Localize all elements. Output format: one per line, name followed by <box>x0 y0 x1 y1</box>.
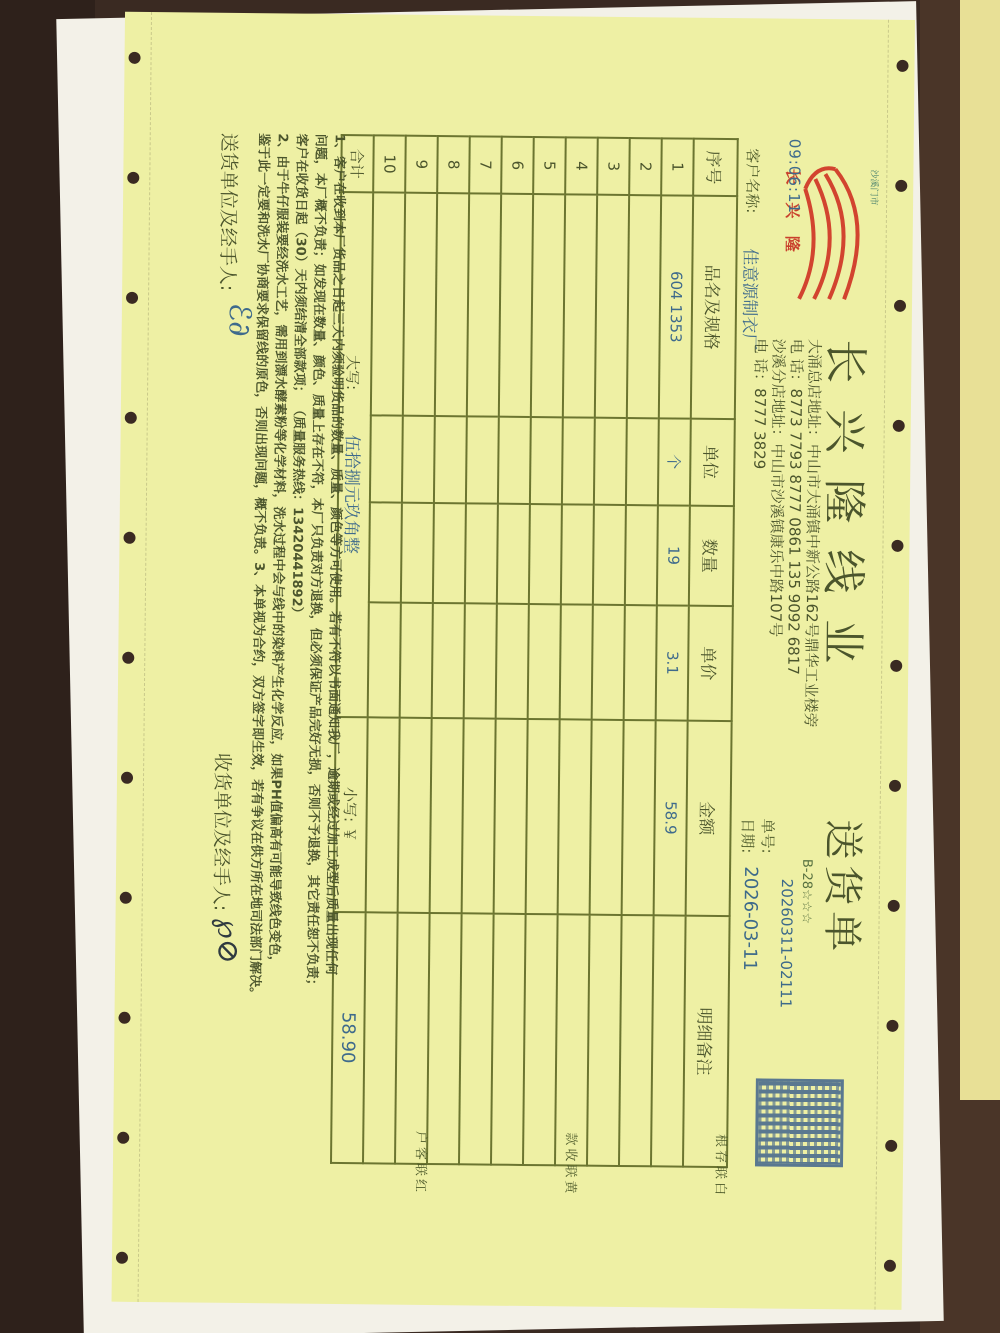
cell-seq: 5 <box>533 137 566 194</box>
copy-label-yellow: 黄联收款 <box>565 1176 578 1192</box>
background-paper-stack <box>960 0 1000 1100</box>
date-label: 日期: <box>737 818 758 853</box>
cell-note <box>651 915 686 1166</box>
header-seq: 序号 <box>693 139 738 196</box>
header-amount: 金额 <box>686 720 732 916</box>
cell-unit: 个 <box>658 418 691 505</box>
doc-number: 20260311-02111 <box>777 879 796 1009</box>
cell-price: 3.1 <box>656 606 689 721</box>
receiver-signature-label: 收货单位及经手人: <box>209 753 238 912</box>
header-price: 单价 <box>688 606 733 721</box>
copy-label-red: 红联客户 <box>415 1175 428 1191</box>
cell-amount: 58.9 <box>654 720 688 916</box>
customer-name: 佳意源制衣厂 <box>739 248 765 350</box>
sender-signature-label: 送货单位及经手人: <box>215 133 244 292</box>
delivery-note: 沙溪门市 长 兴 隆 09:06:11 长兴隆线业 送货单 大涌总店地址：中山市… <box>112 12 915 1310</box>
terms-block: 1、客户在收到本厂货品之日起三天内须验明货品的数量、质量、颜色等方可使用。若有不… <box>243 133 349 1174</box>
cell-seq: 10 <box>373 135 406 192</box>
print-code: B-28☆☆☆ <box>799 859 815 924</box>
copy-label-white: 白联存根 <box>715 1178 728 1194</box>
tractor-holes-top <box>879 20 915 1310</box>
cell-seq: 7 <box>469 136 502 193</box>
date-value: 2026-03-11 <box>739 866 761 971</box>
cell-seq: 4 <box>565 137 598 194</box>
document-title: 送货单 <box>816 819 874 958</box>
sender-signature-icon: ℰ∂ <box>222 303 257 337</box>
cell-seq: 9 <box>405 136 438 193</box>
cell-seq: 3 <box>597 138 630 195</box>
branch-phone: 电 话：8777 3829 <box>749 338 771 469</box>
cell-name: 604 1353 <box>659 195 693 418</box>
cell-seq: 6 <box>501 137 534 194</box>
cell-seq: 1 <box>661 138 694 195</box>
cell-seq: 8 <box>437 136 470 193</box>
header-unit: 单位 <box>690 418 735 505</box>
customer-label: 客户名称: <box>742 148 764 213</box>
header-qty: 数量 <box>689 505 734 606</box>
tractor-holes-bottom <box>112 12 148 1302</box>
header-name: 品名及规格 <box>691 196 737 419</box>
receiver-signature-icon: ℘⊘ <box>210 918 245 964</box>
items-table: 序号 品名及规格 单位 数量 单价 金额 明细备注 1 604 1353 个 1… <box>330 134 739 1168</box>
doc-number-label: 单号: <box>757 818 778 853</box>
sheet-wrapper: 沙溪门市 长 兴 隆 09:06:11 长兴隆线业 送货单 大涌总店地址：中山市… <box>105 0 915 1333</box>
handwritten-time: 09:06:11 <box>785 139 804 215</box>
cell-seq: 2 <box>629 138 662 195</box>
qr-code-icon <box>755 1078 844 1167</box>
cell-qty: 19 <box>657 505 690 606</box>
